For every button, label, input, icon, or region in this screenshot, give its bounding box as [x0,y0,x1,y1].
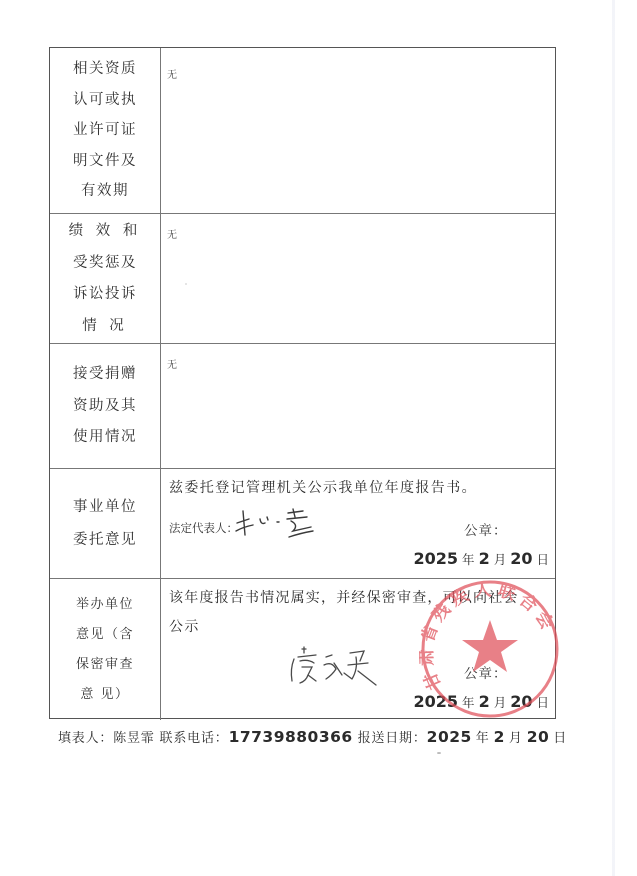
label-qualifications: 相关资质 认可或执 业许可证 明文件及 有效期 [50,48,161,213]
label-line: 接受捐赠 [73,367,137,382]
row-performance: 绩 效 和 受奖惩及 诉讼投诉 情 况 无 [50,214,555,344]
date-year-unit: 年 [462,552,475,567]
form-footer: 填表人：陈昱霏 联系电话：17739880366 报送日期：2025年2月20日 [58,727,567,746]
label-line: 保密审查 [76,658,134,671]
label-line: 有效期 [81,184,129,199]
seal-label: 公章： [464,519,508,539]
entrustment-date: 2025年2月20日 [414,549,549,568]
entrustment-statement: 兹委托登记管理机关公示我单位年度报告书。 [169,477,477,497]
label-line: 诉讼投诉 [73,287,137,302]
legal-representative-label: 法定代表人： [169,520,238,536]
phone-label: 联系电话： [160,731,229,746]
content-entrustment-opinion: 兹委托登记管理机关公示我单位年度报告书。 法定代表人： 公章： 2025年2月2… [161,469,555,578]
label-line: 相关资质 [73,62,137,77]
label-line: 委托意见 [73,533,137,548]
content-performance: 无 [161,214,555,343]
label-line: 使用情况 [73,430,137,445]
label-line: 绩 效 和 [69,224,142,239]
date-year: 2025 [414,549,459,568]
scan-speck [437,752,441,754]
legal-representative-signature [233,505,323,550]
date-day-unit: 日 [553,731,567,746]
date-year-unit: 年 [476,731,490,746]
content-value: 无 [167,226,177,241]
content-qualifications: 无 [161,48,555,213]
date-day: 20 [510,549,532,568]
filler-label: 填表人： [58,731,113,746]
row-qualifications: 相关资质 认可或执 业许可证 明文件及 有效期 无 [50,48,555,214]
date-month-unit: 月 [509,731,523,746]
date-month-unit: 月 [494,552,507,567]
sponsor-signature [286,645,396,693]
submit-date-label: 报送日期： [358,731,427,746]
label-donations: 接受捐赠 资助及其 使用情况 [50,344,161,468]
row-entrustment-opinion: 事业单位 委托意见 兹委托登记管理机关公示我单位年度报告书。 法定代表人： 公章… [50,469,555,579]
label-line: 举办单位 [76,598,134,611]
label-entrustment-opinion: 事业单位 委托意见 [50,469,161,578]
label-line: 资助及其 [73,399,137,414]
content-value: 无 [167,356,177,371]
date-day: 20 [527,728,550,746]
scan-edge [612,0,615,876]
date-year: 2025 [427,728,472,746]
filler-name: 陈昱霏 [113,731,154,746]
phone-number: 17739880366 [229,728,353,746]
date-month: 2 [479,549,490,568]
content-donations: 无 [161,344,555,468]
label-line: 情 况 [82,319,128,334]
label-line: 受奖惩及 [73,256,137,271]
content-value: 无 [167,66,177,81]
date-day-unit: 日 [536,552,549,567]
label-sponsor-opinion: 举办单位 意见（含 保密审查 意 见） [50,579,161,720]
label-performance: 绩 效 和 受奖惩及 诉讼投诉 情 况 [50,214,161,343]
label-line: 事业单位 [73,500,137,515]
label-line: 业许可证 [73,123,137,138]
label-line: 意 见） [80,688,129,701]
date-month: 2 [494,728,505,746]
sponsor-statement-line2: 公示 [169,616,200,636]
official-seal-stamp: 甘肃省残疾人联合会 [419,578,561,720]
label-line: 明文件及 [73,154,137,169]
row-donations: 接受捐赠 资助及其 使用情况 无 [50,344,555,469]
label-line: 认可或执 [73,93,137,108]
scan-speck [185,283,187,285]
label-line: 意见（含 [76,628,134,641]
